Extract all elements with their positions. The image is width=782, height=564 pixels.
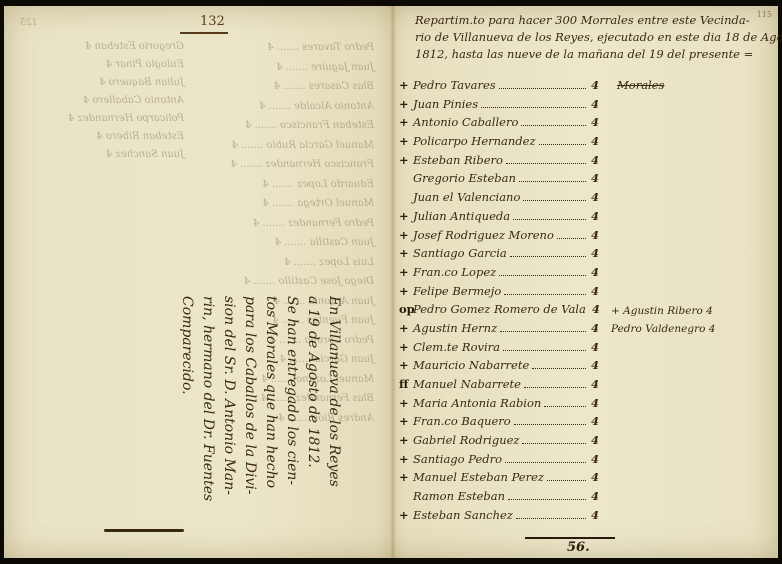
bleed-through-line: Pedro Tavares ....... 4: [194, 38, 374, 58]
entry-quantity: 4: [589, 340, 599, 354]
entry-mark: +: [399, 321, 413, 335]
entry-quantity: 4: [589, 358, 599, 372]
entry-mark: op: [399, 302, 413, 316]
entry-name: Pedro Gomez Romero de Vala: [413, 302, 586, 316]
left-page: 125 132 Gregorio Esteban 4Eulogio Pinar …: [4, 6, 390, 558]
leader-dots: [505, 462, 586, 463]
leader-dots: [513, 219, 586, 220]
entry-quantity: 4: [589, 433, 599, 447]
leader-dots: [539, 144, 586, 145]
entry-quantity: 4: [589, 414, 599, 428]
leader-dots: [521, 125, 586, 126]
list-item: Gregorio Esteban4: [399, 171, 599, 190]
entry-name: Gabriel Rodriguez: [413, 433, 519, 447]
entry-mark: +: [399, 433, 413, 447]
list-item: Ramon Esteban4: [399, 489, 599, 508]
rotated-receipt-note: En Villanueva de los Reyes a 19 de Agost…: [176, 296, 344, 564]
ink-rule: [104, 529, 184, 532]
entry-mark: +: [399, 134, 413, 148]
right-page: 115 Repartim.to para hacer 300 Morrales …: [395, 6, 778, 558]
entry-quantity: 4: [589, 396, 599, 410]
entry-quantity: 4: [589, 190, 599, 204]
entry-quantity: 4: [589, 321, 599, 335]
side-entries: + Agustin Ribero 4 Pedro Valdenegro 4: [611, 302, 715, 338]
bleed-through-line: Pedro Fernandez ....... 4: [194, 214, 374, 234]
list-item: opPedro Gomez Romero de Vala4: [399, 302, 599, 321]
bleed-through-list-a: Gregorio Esteban 4Eulogio Pinar 4Julian …: [24, 38, 184, 164]
entry-name: Juan Pinies: [413, 97, 478, 111]
bleed-through-line: Francisco Hernandez ....... 4: [194, 155, 374, 175]
list-item: +Maria Antonia Rabion4: [399, 396, 599, 415]
entry-mark: +: [399, 209, 413, 223]
entry-name: Policarpo Hernandez: [413, 134, 536, 148]
entry-name: Juan el Valenciano: [413, 190, 520, 204]
bleed-through-line: Manuel Ortega ....... 4: [194, 194, 374, 214]
entry-mark: +: [399, 414, 413, 428]
entry-mark: +: [399, 97, 413, 111]
entry-quantity: 4: [589, 134, 599, 148]
leader-dots: [516, 518, 586, 519]
entry-quantity: 4: [589, 265, 599, 279]
bleed-through-line: Esteban Francisco ....... 4: [194, 116, 374, 136]
document-header: Repartim.to para hacer 300 Morrales entr…: [415, 12, 775, 63]
note-line: Se han entregado los cien-: [281, 296, 302, 564]
list-item: +Josef Rodriguez Moreno4: [399, 228, 599, 247]
leader-dots: [500, 331, 586, 332]
bleed-through-line: Eduardo Lopez ....... 4: [194, 175, 374, 195]
list-item: +Santiago Pedro4: [399, 452, 599, 471]
entry-mark: +: [399, 470, 413, 484]
entry-mark: +: [399, 508, 413, 522]
list-item: ffManuel Nabarrete4: [399, 377, 599, 396]
entry-quantity: 4: [589, 489, 599, 503]
leader-dots: [506, 163, 586, 164]
entry-mark: +: [399, 284, 413, 298]
list-item: +Mauricio Nabarrete4: [399, 358, 599, 377]
leader-dots: [519, 181, 586, 182]
note-line: rin, hermano del Dr. Fuentes: [197, 296, 218, 564]
header-line: 1812, hasta las nueve de la mañana del 1…: [415, 46, 775, 63]
leader-dots: [481, 107, 586, 108]
entry-name: Felipe Bermejo: [413, 284, 501, 298]
note-line: a 19 de Agosto de 1812.: [302, 296, 323, 564]
entry-quantity: 4: [589, 78, 599, 92]
entry-quantity: 4: [589, 228, 599, 242]
list-item: +Fran.co Baquero4: [399, 414, 599, 433]
entry-name: Esteban Sanchez: [413, 508, 513, 522]
total-count: 56.: [567, 540, 590, 555]
folio-underline: [180, 32, 228, 34]
list-item: +Policarpo Hernandez4: [399, 134, 599, 153]
bleed-through-line: Gregorio Esteban 4: [24, 38, 184, 56]
side-entry: + Agustin Ribero 4: [611, 302, 715, 320]
entry-quantity: 4: [589, 377, 599, 391]
apportionment-list: +Pedro Tavares4+Juan Pinies4+Antonio Cab…: [399, 78, 599, 527]
bleed-through-line: Antonio Caballero 4: [24, 92, 184, 110]
bleed-through-line: Antonio Alcalde ....... 4: [194, 97, 374, 117]
leader-dots: [532, 368, 586, 369]
bleed-through-line: Julian Baquero 4: [24, 74, 184, 92]
leader-dots: [524, 387, 586, 388]
leader-dots: [499, 88, 586, 89]
entry-name: Esteban Ribero: [413, 153, 503, 167]
entry-mark: +: [399, 228, 413, 242]
entry-mark: +: [399, 396, 413, 410]
list-item: +Felipe Bermejo4: [399, 284, 599, 303]
leader-dots: [503, 350, 586, 351]
entry-quantity: 4: [592, 302, 600, 316]
leader-dots: [514, 424, 586, 425]
leader-dots: [504, 294, 586, 295]
list-item: +Gabriel Rodriguez4: [399, 433, 599, 452]
bleed-through-line: Juan Castilla ....... 4: [194, 233, 374, 253]
entry-name: Ramon Esteban: [413, 489, 505, 503]
leader-dots: [547, 480, 586, 481]
leader-dots: [522, 443, 586, 444]
leader-dots: [510, 256, 586, 257]
entry-name: Agustin Hernz: [413, 321, 497, 335]
entry-quantity: 4: [589, 115, 599, 129]
entry-name: Maria Antonia Rabion: [413, 396, 541, 410]
entry-name: Pedro Tavares: [413, 78, 496, 92]
leader-dots: [544, 406, 586, 407]
note-line: tos Morales que han hecho: [260, 296, 281, 564]
bleed-through-line: Juan Jaguire ....... 4: [194, 58, 374, 78]
entry-mark: +: [399, 115, 413, 129]
list-item: +Antonio Caballero4: [399, 115, 599, 134]
note-line: sion del Sr. D. Antonio Man-: [218, 296, 239, 564]
bleed-through-line: Blas Casares ....... 4: [194, 77, 374, 97]
list-item: +Clem.te Rovira4: [399, 340, 599, 359]
leader-dots: [523, 200, 586, 201]
leader-dots: [557, 238, 586, 239]
entry-quantity: 4: [589, 171, 599, 185]
header-line: rio de Villanueva de los Reyes, ejecutad…: [415, 29, 775, 46]
entry-name: Antonio Caballero: [413, 115, 518, 129]
bleed-through-line: Diego Jose Castillo ....... 4: [194, 272, 374, 292]
entry-name: Mauricio Nabarrete: [413, 358, 529, 372]
folio-number: 132: [200, 14, 225, 29]
list-item: +Agustin Hernz4: [399, 321, 599, 340]
entry-quantity: 4: [589, 209, 599, 223]
list-item: +Santiago Garcia4: [399, 246, 599, 265]
entry-name: Josef Rodriguez Moreno: [413, 228, 554, 242]
entry-mark: +: [399, 358, 413, 372]
bleed-through-line: Eulogio Pinar 4: [24, 56, 184, 74]
entry-mark: +: [399, 452, 413, 466]
entry-mark: +: [399, 265, 413, 279]
list-item: +Esteban Sanchez4: [399, 508, 599, 527]
list-item: +Juan Pinies4: [399, 97, 599, 116]
entry-name: Santiago Pedro: [413, 452, 502, 466]
list-item: +Julian Antiqueda4: [399, 209, 599, 228]
entry-mark: +: [399, 246, 413, 260]
entry-name: Fran.co Lopez: [413, 265, 496, 279]
entry-mark: ff: [399, 377, 413, 391]
bleed-through-line: Juan Sanchez 4: [24, 146, 184, 164]
list-item: +Esteban Ribero4: [399, 153, 599, 172]
side-entry: Pedro Valdenegro 4: [611, 320, 715, 338]
note-line: Comparecido.: [176, 296, 197, 564]
entry-mark: +: [399, 78, 413, 92]
list-item: +Fran.co Lopez4: [399, 265, 599, 284]
bleed-through-line: Luis Lopez ....... 4: [194, 253, 374, 273]
entry-quantity: 4: [589, 246, 599, 260]
sum-rule: [525, 537, 615, 539]
entry-name: Manuel Esteban Perez: [413, 470, 544, 484]
entry-mark: +: [399, 153, 413, 167]
leader-dots: [499, 275, 586, 276]
entry-name: Santiago Garcia: [413, 246, 507, 260]
entry-name: Clem.te Rovira: [413, 340, 500, 354]
list-item: +Manuel Esteban Perez4: [399, 470, 599, 489]
note-line: para los Caballos de la Divi-: [239, 296, 260, 564]
entry-name: Manuel Nabarrete: [413, 377, 521, 391]
header-side-note: Morales: [617, 78, 664, 92]
list-item: Juan el Valenciano4: [399, 190, 599, 209]
entry-quantity: 4: [589, 470, 599, 484]
corner-number: 125: [20, 18, 37, 28]
entry-quantity: 4: [589, 97, 599, 111]
entry-quantity: 4: [589, 508, 599, 522]
entry-quantity: 4: [589, 452, 599, 466]
note-line: En Villanueva de los Reyes: [323, 296, 344, 564]
entry-name: Gregorio Esteban: [413, 171, 516, 185]
list-item: +Pedro Tavares4: [399, 78, 599, 97]
entry-quantity: 4: [589, 284, 599, 298]
bleed-through-line: Esteban Ribero 4: [24, 128, 184, 146]
header-line: Repartim.to para hacer 300 Morrales entr…: [415, 12, 775, 29]
leader-dots: [508, 499, 586, 500]
bleed-through-line: Policarpo Hernandez 4: [24, 110, 184, 128]
bleed-through-line: Manuel Garcia Rubio ....... 4: [194, 136, 374, 156]
entry-name: Fran.co Baquero: [413, 414, 511, 428]
entry-quantity: 4: [589, 153, 599, 167]
entry-mark: +: [399, 340, 413, 354]
entry-name: Julian Antiqueda: [413, 209, 510, 223]
